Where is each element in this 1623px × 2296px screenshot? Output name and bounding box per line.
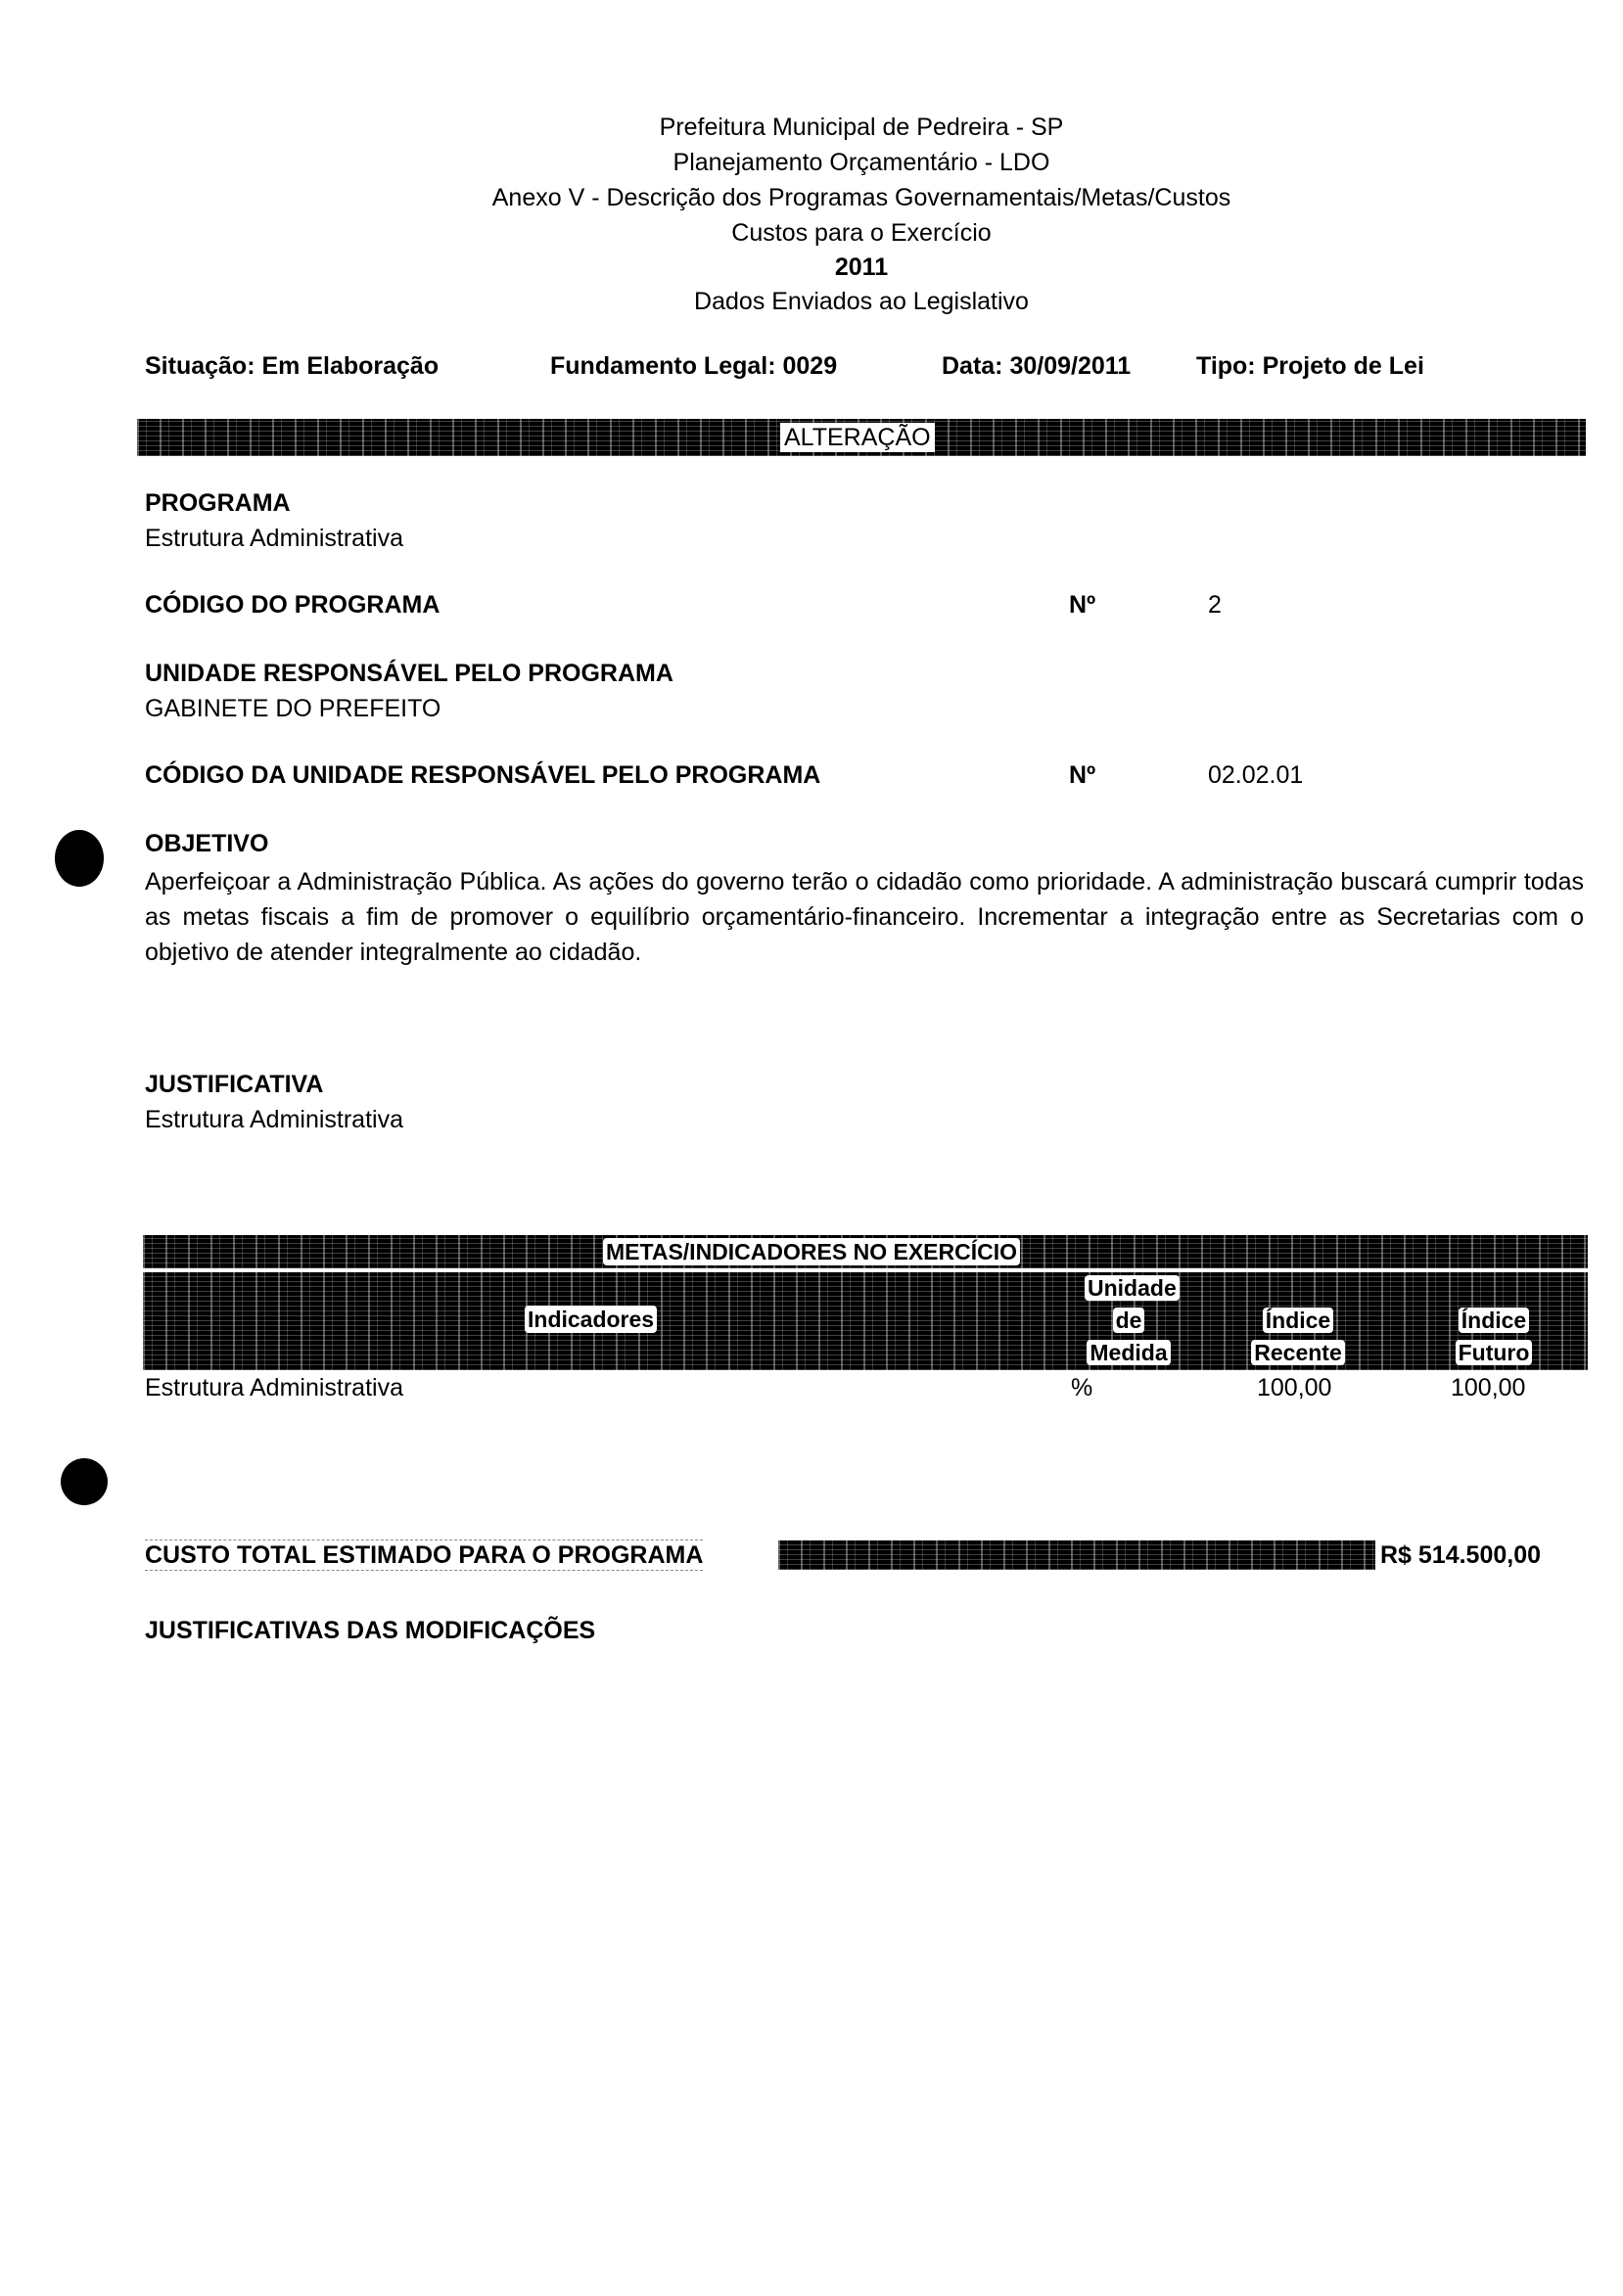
custo-total-value: R$ 514.500,00 — [1380, 1541, 1541, 1570]
metas-header-row: Indicadores Unidade de Medida Índice Rec… — [143, 1272, 1588, 1370]
status-data: Data: 30/09/2011 — [942, 352, 1131, 381]
header-year: 2011 — [0, 250, 1623, 285]
row-recente: 100,00 — [1257, 1374, 1331, 1402]
metas-title: METAS/INDICADORES NO EXERCÍCIO — [603, 1238, 1020, 1265]
header-line-4: Custos para o Exercício — [0, 215, 1623, 251]
unidade-label: UNIDADE RESPONSÁVEL PELO PROGRAMA — [145, 660, 673, 688]
codigo-programa-label: CÓDIGO DO PROGRAMA — [145, 591, 440, 620]
status-fundamento-legal: Fundamento Legal: 0029 — [550, 352, 837, 381]
section-bar-alteracao: ALTERAÇÃO — [137, 419, 1586, 456]
row-unidade: % — [1071, 1374, 1092, 1402]
header-subtitle: Dados Enviados ao Legislativo — [0, 284, 1623, 319]
status-tipo: Tipo: Projeto de Lei — [1196, 352, 1424, 381]
codigo-unidade-value: 02.02.01 — [1208, 761, 1303, 790]
programa-value: Estrutura Administrativa — [145, 525, 403, 553]
codigo-programa-value: 2 — [1208, 591, 1222, 620]
table-row: Estrutura Administrativa % 100,00 100,00 — [143, 1374, 1588, 1407]
header-line-2: Planejamento Orçamentário - LDO — [0, 145, 1623, 180]
col-unidade-line-1: Unidade — [1085, 1275, 1180, 1301]
codigo-unidade-label: CÓDIGO DA UNIDADE RESPONSÁVEL PELO PROGR… — [145, 761, 820, 790]
codigo-unidade-num-label: Nº — [1069, 761, 1095, 790]
header-line-1: Prefeitura Municipal de Pedreira - SP — [0, 110, 1623, 145]
justificativa-label: JUSTIFICATIVA — [145, 1071, 323, 1099]
col-unidade-line-3: Medida — [1087, 1340, 1170, 1365]
col-futuro-line-2: Futuro — [1456, 1340, 1533, 1365]
unidade-value: GABINETE DO PREFEITO — [145, 695, 441, 723]
objetivo-label: OBJETIVO — [145, 830, 268, 858]
header-line-3: Anexo V - Descrição dos Programas Govern… — [0, 180, 1623, 215]
col-indice-recente: Índice Recente — [1239, 1305, 1357, 1369]
punch-hole — [55, 830, 104, 887]
col-indicadores: Indicadores — [525, 1306, 657, 1333]
custo-total-label: CUSTO TOTAL ESTIMADO PARA O PROGRAMA — [145, 1539, 703, 1571]
row-indicador: Estrutura Administrativa — [145, 1374, 403, 1402]
justificativa-value: Estrutura Administrativa — [145, 1106, 403, 1134]
codigo-programa-num-label: Nº — [1069, 591, 1095, 620]
programa-label: PROGRAMA — [145, 489, 291, 518]
col-unidade-line-2: de — [1113, 1308, 1145, 1333]
punch-hole — [61, 1458, 108, 1505]
metas-title-bar: METAS/INDICADORES NO EXERCÍCIO — [143, 1235, 1588, 1268]
justificativas-modificacoes-label: JUSTIFICATIVAS DAS MODIFICAÇÕES — [145, 1617, 595, 1645]
custo-total-filler — [778, 1540, 1375, 1570]
col-recente-line-2: Recente — [1251, 1340, 1344, 1365]
col-recente-line-1: Índice — [1263, 1308, 1333, 1333]
col-futuro-line-1: Índice — [1459, 1308, 1529, 1333]
col-unidade-medida: Unidade de Medida — [1085, 1272, 1173, 1369]
status-situacao: Situação: Em Elaboração — [145, 352, 439, 381]
row-futuro: 100,00 — [1451, 1374, 1525, 1402]
objetivo-text: Aperfeiçoar a Administração Pública. As … — [145, 864, 1584, 970]
col-indice-futuro: Índice Futuro — [1435, 1305, 1553, 1369]
section-bar-label: ALTERAÇÃO — [780, 423, 935, 452]
